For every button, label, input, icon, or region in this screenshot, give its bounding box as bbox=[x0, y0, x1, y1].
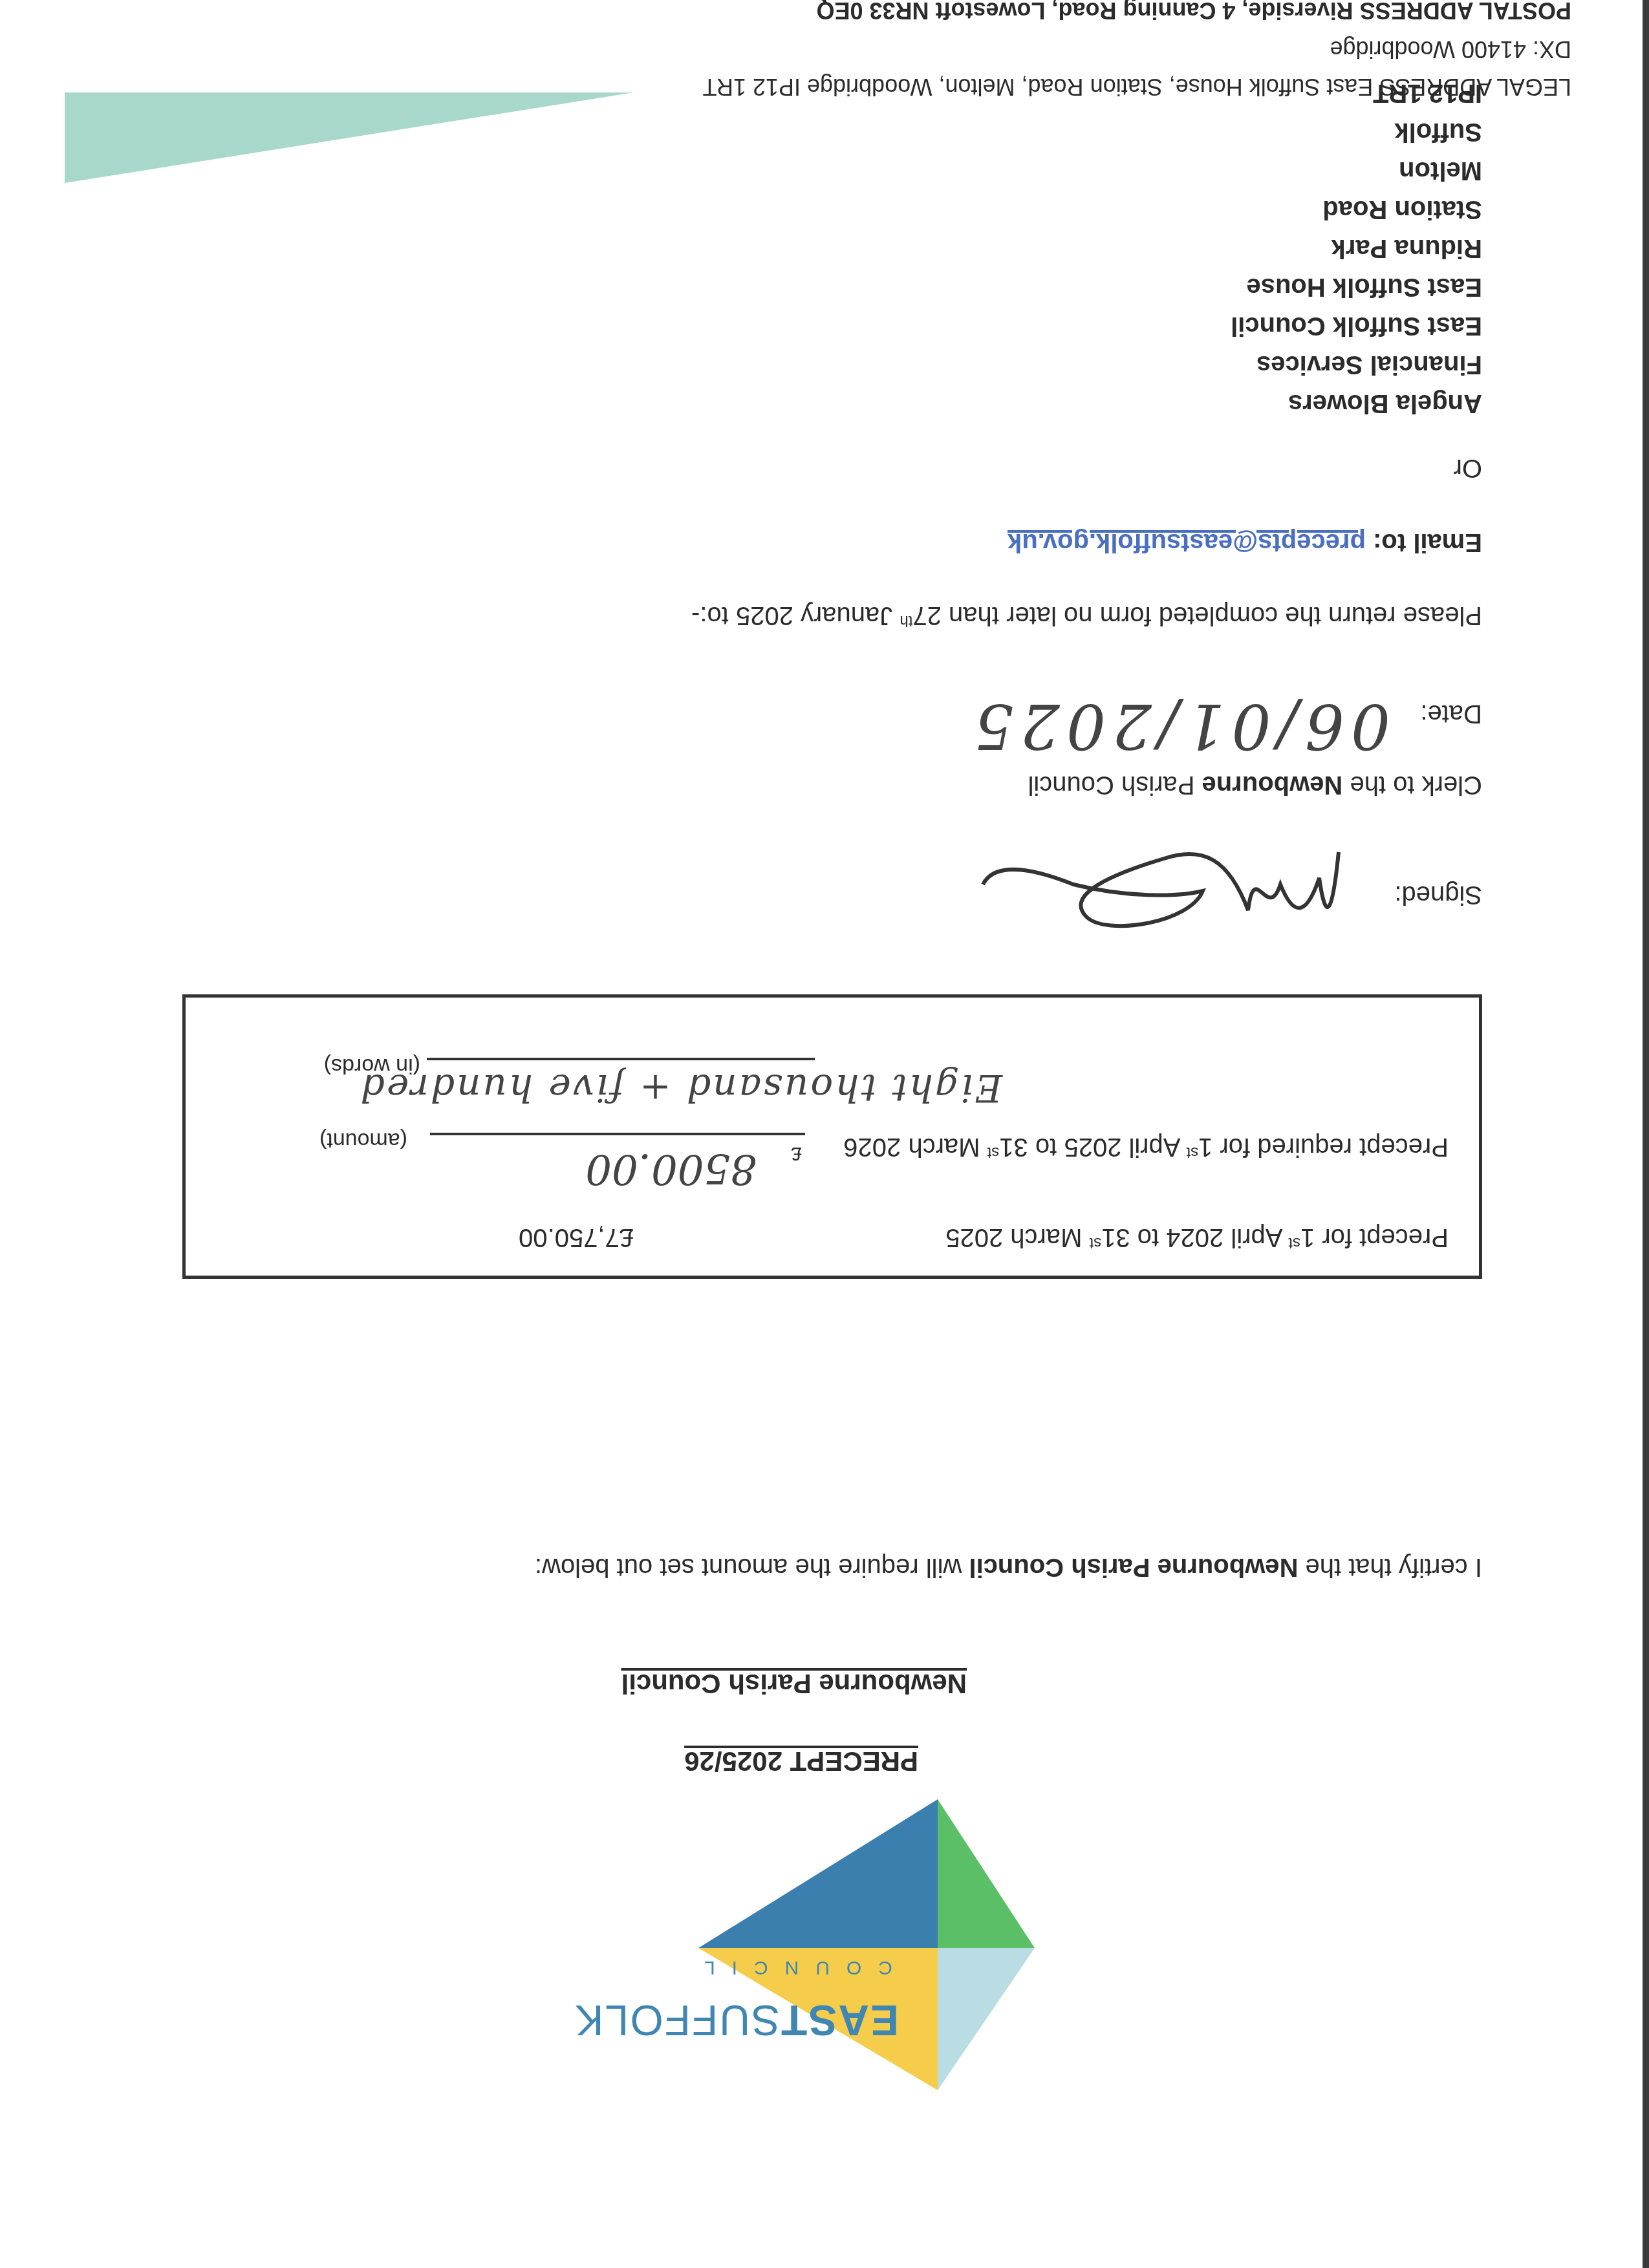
address-line: Station Road bbox=[1231, 194, 1482, 225]
return-text: January 2025 to:- bbox=[691, 601, 900, 630]
signature-mark-icon[interactable] bbox=[970, 846, 1345, 936]
label-part: April 2024 to 31 bbox=[1101, 1223, 1288, 1252]
label-sup: st bbox=[1186, 1144, 1198, 1161]
label-part: April 2025 to 31 bbox=[999, 1133, 1186, 1161]
label-part: March 2026 bbox=[843, 1133, 987, 1161]
parish-name-heading: Newbourne Parish Council bbox=[621, 1668, 967, 1699]
email-link[interactable]: precepts@eastsuffolk.gov.uk bbox=[1008, 528, 1366, 557]
label-part: Precept required for 1 bbox=[1198, 1133, 1449, 1161]
email-label: Email to: bbox=[1373, 528, 1482, 557]
email-line: Email to: precepts@eastsuffolk.gov.uk bbox=[1008, 527, 1482, 558]
address-line: East Suffolk House bbox=[1231, 272, 1482, 303]
address-line: Melton bbox=[1231, 155, 1482, 186]
postal-address: POSTAL ADDRESS Riverside, 4 Canning Road… bbox=[816, 0, 1571, 26]
currency-symbol: £ bbox=[791, 1138, 802, 1169]
scan-edge bbox=[1643, 0, 1649, 2268]
required-amount-field[interactable]: 8500.00 bbox=[585, 1145, 757, 1192]
certify-statement: I certify that the Newbourne Parish Coun… bbox=[535, 1552, 1482, 1583]
label-sup: st bbox=[1090, 1234, 1102, 1252]
return-text: Please return the completed form no late… bbox=[912, 601, 1482, 630]
address-line: Angela Blowers bbox=[1231, 388, 1482, 419]
date-label: Date: bbox=[1420, 698, 1482, 729]
clerk-suffix: Parish Council bbox=[1028, 771, 1202, 799]
label-part: Precept for 1 bbox=[1300, 1223, 1449, 1252]
postal-return-address: Angela Blowers Financial Services East S… bbox=[1231, 78, 1482, 419]
page-title: PRECEPT 2025/26 bbox=[684, 1746, 918, 1777]
return-sup: th bbox=[900, 612, 912, 630]
label-sup: st bbox=[1288, 1234, 1300, 1252]
scanned-precept-form: EASTSUFFOLK COUNCIL PRECEPT 2025/26 Newb… bbox=[0, 0, 1649, 2268]
or-label: Or bbox=[1454, 453, 1482, 484]
legal-address: LEGAL ADDRESS East Suffolk House, Statio… bbox=[703, 71, 1571, 102]
certify-suffix: will require the amount set out below: bbox=[535, 1553, 969, 1581]
logo-subtitle: COUNCIL bbox=[687, 1956, 892, 1978]
certify-prefix: I certify that the bbox=[1298, 1553, 1482, 1581]
return-instructions: Please return the completed form no late… bbox=[691, 600, 1482, 631]
signed-label: Signed: bbox=[1394, 879, 1482, 910]
address-line: Riduna Park bbox=[1231, 233, 1482, 264]
logo-wordmark: EASTSUFFOLK bbox=[574, 1996, 899, 2045]
logo-suffolk: SUFFOLK bbox=[574, 1996, 780, 2044]
amount-in-words-field[interactable]: Eight thousand + five hundred bbox=[359, 1065, 1002, 1111]
words-caption: (in words) bbox=[324, 1051, 420, 1082]
required-precept-label: Precept required for 1st April 2025 to 3… bbox=[843, 1131, 1449, 1162]
date-field[interactable]: 06/01/2025 bbox=[968, 690, 1390, 762]
words-underline bbox=[427, 1058, 815, 1060]
amount-underline bbox=[430, 1133, 805, 1135]
clerk-prefix: Clerk to the bbox=[1342, 771, 1482, 799]
label-part: March 2025 bbox=[945, 1223, 1089, 1252]
previous-precept-amount: £7,750.00 bbox=[519, 1222, 634, 1253]
address-line: East Suffolk Council bbox=[1231, 310, 1482, 341]
logo-east: EAST bbox=[780, 1996, 899, 2044]
footer-accent-triangle-icon bbox=[65, 92, 634, 183]
kite-logo-icon bbox=[685, 1786, 1035, 2123]
legal-dx: DX: 41400 Woodbridge bbox=[1330, 34, 1571, 65]
previous-precept-label: Precept for 1st April 2024 to 31st March… bbox=[945, 1222, 1449, 1253]
clerk-parish: Newbourne bbox=[1202, 771, 1343, 799]
certify-parish: Newbourne Parish Council bbox=[969, 1553, 1298, 1581]
clerk-title: Clerk to the Newbourne Parish Council bbox=[1028, 769, 1482, 800]
amount-caption: (amount) bbox=[319, 1125, 407, 1156]
address-line: Financial Services bbox=[1231, 349, 1482, 380]
address-line: Suffolk bbox=[1231, 116, 1482, 147]
label-sup: st bbox=[987, 1144, 1000, 1161]
